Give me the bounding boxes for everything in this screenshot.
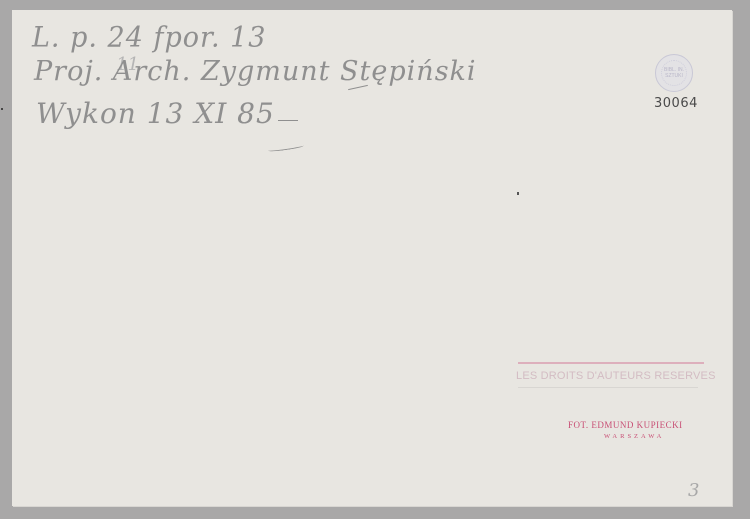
roman-numeral-underline (268, 144, 304, 153)
page-number: 3 (688, 480, 699, 501)
rights-stamp-line (518, 362, 704, 364)
paper-speck (517, 192, 519, 195)
round-stamp-inner: BIBL. IN. SZTUKI (661, 60, 687, 86)
photo-verso-paper: L. p. 24 fpor. 13 11 Proj. Arch. Zygmunt… (12, 10, 732, 506)
handwritten-date: Wykon 13 XI 85 (36, 97, 275, 130)
scanner-speck (1, 108, 3, 110)
rights-stamp-underline (518, 387, 698, 388)
photographer-stamp-name: FOT. EDMUND KUPIECKI (568, 420, 683, 430)
handwritten-architect: Proj. Arch. Zygmunt Stępiński (34, 56, 477, 87)
photographer-stamp-city: WARSZAWA (604, 433, 664, 440)
library-round-stamp: BIBL. IN. SZTUKI (655, 54, 693, 92)
handwritten-catalog-ref: L. p. 24 fpor. 13 (32, 21, 266, 54)
rights-reserved-stamp: LES DROITS D'AUTEURS RESERVES (516, 370, 716, 382)
inventory-number: 30064 (654, 96, 698, 111)
roman-numeral-overline (278, 120, 298, 121)
